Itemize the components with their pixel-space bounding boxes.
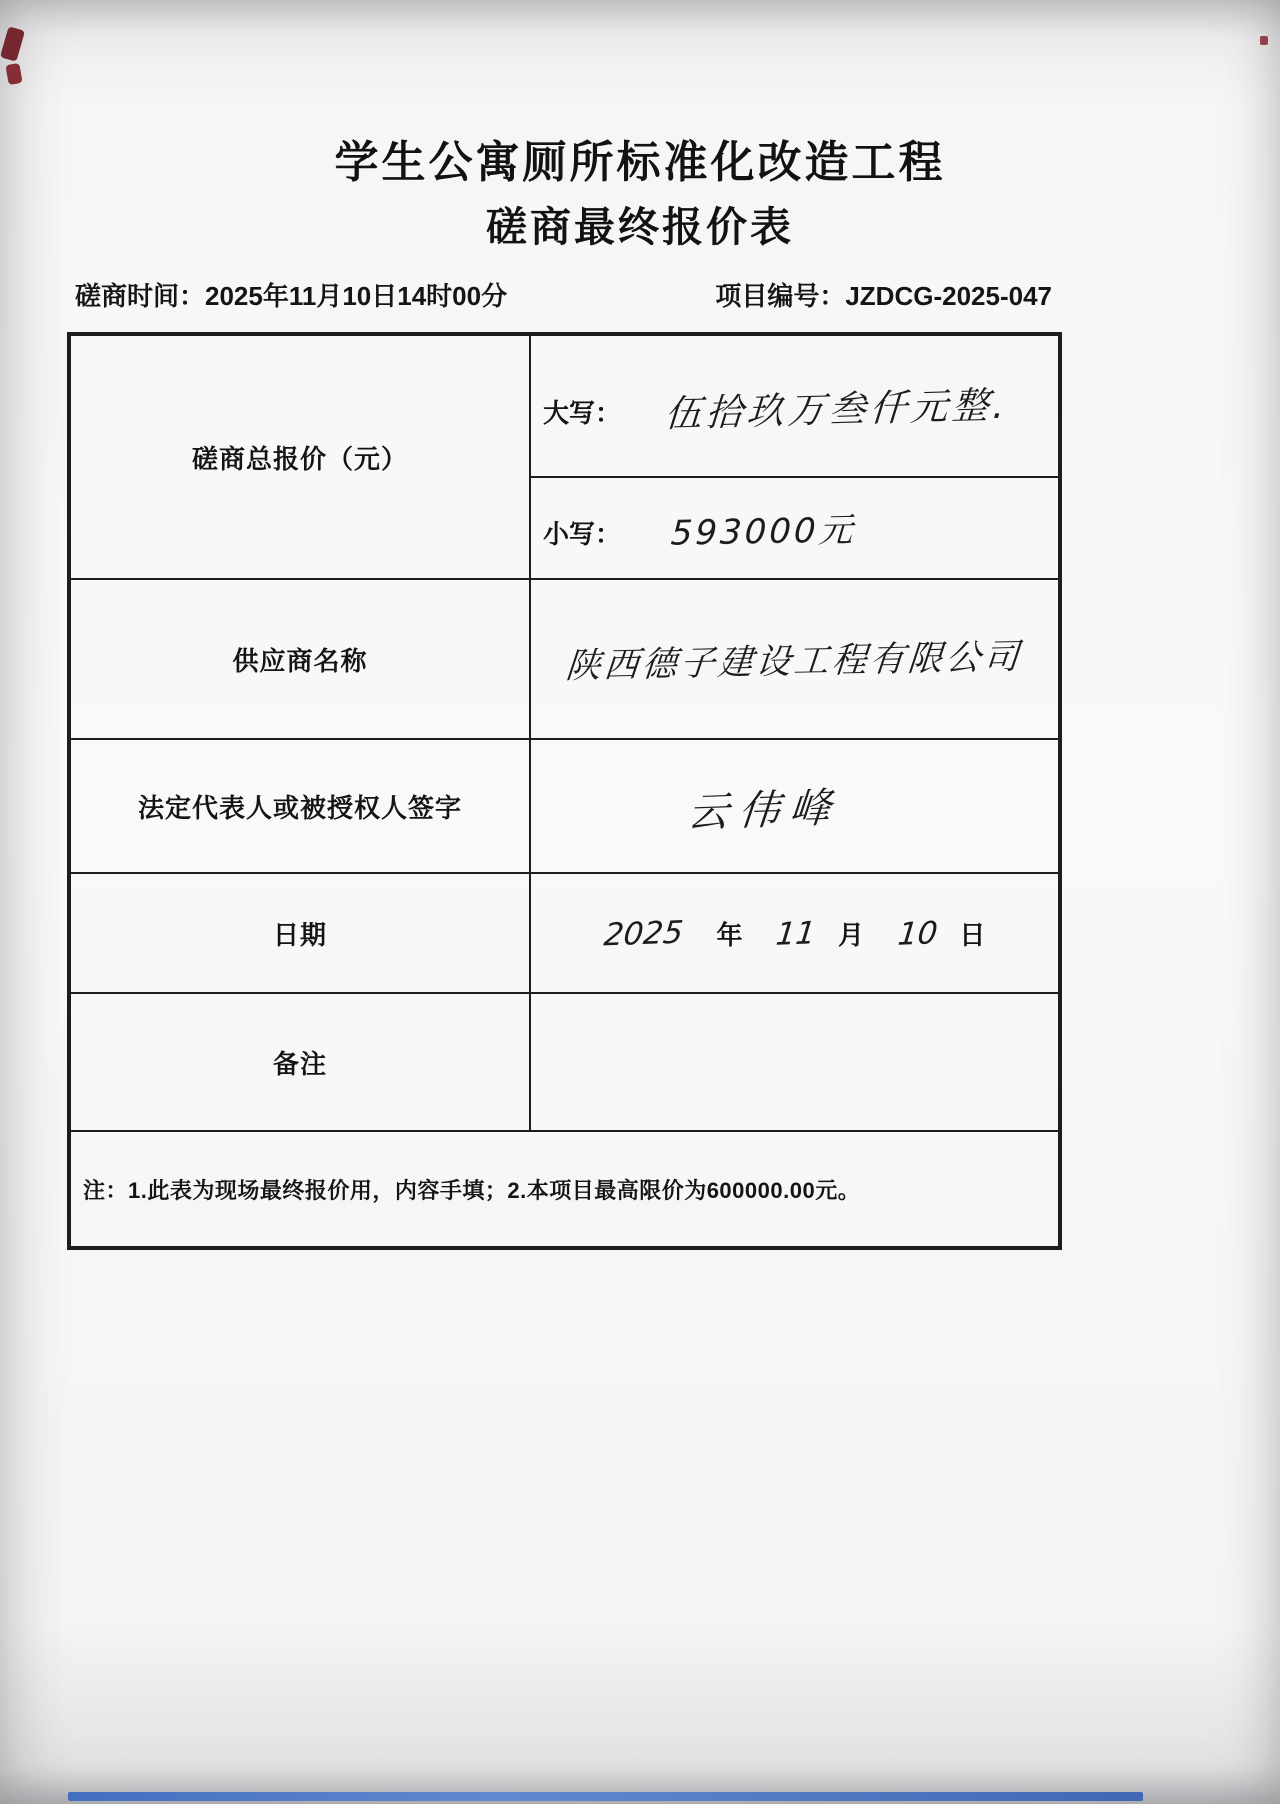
- table-row-remarks: 备注: [69, 993, 1060, 1131]
- footnote: 注：1.此表为现场最终报价用，内容手填；2.本项目最高限价为600000.00元…: [69, 1131, 1060, 1248]
- lowercase-label: 小写：: [543, 519, 621, 549]
- quotation-form-table: 磋商总报价（元） 大写：伍拾玖万叁仟元整. 小写：593000元 供应商名称 陕…: [67, 332, 1062, 1250]
- date-month-unit: 月: [838, 915, 864, 952]
- total-price-uppercase-cell: 大写：伍拾玖万叁仟元整.: [530, 334, 1060, 477]
- lowercase-handwritten-value: 593000元: [670, 502, 857, 554]
- bottom-blue-edge: [68, 1792, 1143, 1801]
- red-stamp-mark-icon: [5, 63, 22, 85]
- signature-handwritten-value: 云伟峰: [685, 774, 843, 839]
- signature-value-cell: 云伟峰: [530, 739, 1060, 873]
- table-row-date: 日期 2025年11月10日: [69, 873, 1060, 993]
- remarks-label: 备注: [69, 993, 530, 1131]
- date-year-handwritten: 2025: [602, 914, 685, 953]
- date-value-cell: 2025年11月10日: [530, 873, 1060, 993]
- table-row-signature: 法定代表人或被授权人签字 云伟峰: [69, 739, 1060, 873]
- date-year-unit: 年: [716, 915, 742, 952]
- supplier-value-cell: 陕西德子建设工程有限公司: [530, 579, 1060, 739]
- document-subtitle: 磋商最终报价表: [0, 194, 1280, 253]
- document-title: 学生公寓厕所标准化改造工程: [0, 126, 1280, 190]
- table-row-supplier: 供应商名称 陕西德子建设工程有限公司: [69, 579, 1060, 739]
- project-number: 项目编号：JZDCG-2025-047: [715, 276, 1052, 313]
- uppercase-handwritten-value: 伍拾玖万叁仟元整.: [663, 374, 1010, 437]
- date-label: 日期: [69, 873, 530, 993]
- table-row-total-price: 磋商总报价（元） 大写：伍拾玖万叁仟元整.: [69, 334, 1060, 477]
- negotiation-time: 磋商时间：2025年11月10日14时00分: [75, 276, 507, 313]
- supplier-label: 供应商名称: [69, 579, 530, 739]
- project-number-value: JZDCG-2025-047: [845, 281, 1052, 311]
- negotiation-time-value: 2025年11月10日14时00分: [205, 281, 507, 311]
- date-month-handwritten: 11: [775, 915, 818, 953]
- red-speck-icon: [1260, 36, 1268, 45]
- total-price-lowercase-cell: 小写：593000元: [530, 477, 1060, 579]
- date-day-handwritten: 10: [896, 915, 939, 953]
- negotiation-time-label: 磋商时间：: [75, 281, 205, 311]
- remarks-value-cell: [530, 993, 1060, 1131]
- total-price-label: 磋商总报价（元）: [69, 334, 530, 579]
- supplier-handwritten-value: 陕西德子建设工程有限公司: [564, 629, 1024, 689]
- project-number-label: 项目编号：: [715, 281, 845, 311]
- red-stamp-mark-icon: [0, 26, 25, 61]
- scanned-document-photo: 学生公寓厕所标准化改造工程 磋商最终报价表 磋商时间：2025年11月10日14…: [0, 0, 1280, 1804]
- date-day-unit: 日: [959, 915, 985, 952]
- uppercase-label: 大写：: [543, 398, 621, 428]
- meta-row: 磋商时间：2025年11月10日14时00分 项目编号：JZDCG-2025-0…: [75, 276, 1052, 313]
- table-row-note: 注：1.此表为现场最终报价用，内容手填；2.本项目最高限价为600000.00元…: [69, 1131, 1060, 1248]
- signature-label: 法定代表人或被授权人签字: [69, 739, 530, 873]
